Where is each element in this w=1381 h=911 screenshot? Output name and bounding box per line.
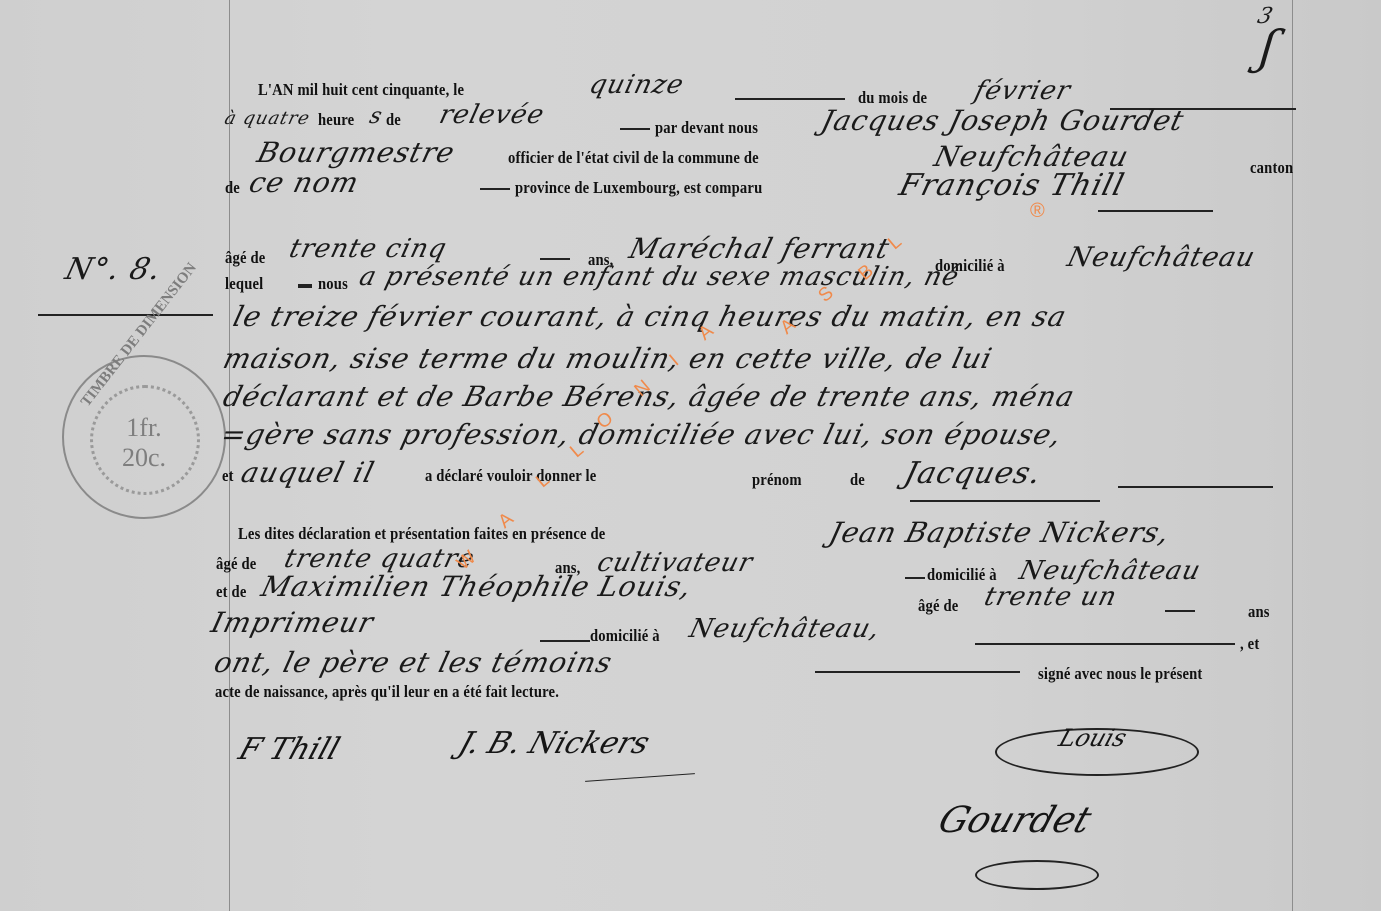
- blank-line: [1165, 610, 1195, 612]
- entry-underline: [38, 314, 213, 316]
- handwritten-witness2-domicile: Neufchâteau,: [686, 614, 883, 644]
- right-margin-rule: [1292, 0, 1293, 911]
- blank-line: [815, 671, 1020, 673]
- handwritten-declarant: François Thill: [896, 168, 1129, 203]
- civil-record-page: 3 ʃ N°. 8. 1fr. 20c. TIMBRE DE DIMENSION…: [0, 0, 1381, 911]
- blank-line: [975, 643, 1235, 645]
- signature-flourish-gourdet: [975, 860, 1099, 890]
- printed-text: domicilié à: [927, 565, 997, 585]
- printed-text: de: [225, 178, 240, 198]
- printed-text: acte de naissance, après qu'il leur en a…: [215, 682, 559, 702]
- handwritten-birth-place: maison, sise terme du moulin, en cette v…: [220, 342, 996, 375]
- handwritten-s: s: [367, 104, 386, 129]
- blank-line: [298, 284, 312, 288]
- printed-text: Les dites déclaration et présentation fa…: [238, 524, 605, 544]
- stamp-value-centimes: 20c.: [64, 443, 224, 473]
- blank-line: [905, 577, 925, 579]
- handwritten-age: trente cinq: [286, 234, 450, 264]
- handwritten-given-name: Jacques.: [901, 456, 1046, 491]
- handwritten-profession: Maréchal ferrant: [626, 232, 893, 265]
- printed-text: et: [222, 466, 234, 486]
- handwritten-birth-date: le treize février courant, à cinq heures…: [230, 300, 1070, 333]
- tax-stamp: 1fr. 20c.: [62, 355, 226, 519]
- handwritten-canton: ce nom: [246, 166, 363, 199]
- printed-text: âgé de: [918, 596, 958, 616]
- blank-line: [540, 640, 590, 642]
- printed-text: province de Luxembourg, est comparu: [515, 178, 762, 198]
- signature-gourdet: Gourdet: [933, 800, 1096, 841]
- blank-line: [1098, 210, 1213, 212]
- handwritten-witness2: Maximilien Théophile Louis,: [258, 570, 695, 603]
- printed-text: canton: [1250, 158, 1293, 178]
- printed-text: âgé de: [216, 554, 256, 574]
- handwritten-witness1: Jean Baptiste Nickers,: [826, 516, 1173, 549]
- printed-text: lequel: [225, 274, 263, 294]
- handwritten-title: Bourgmestre: [254, 136, 459, 169]
- handwritten-auquel: auquel il: [238, 456, 378, 489]
- handwritten-time-of-day: relevée: [436, 100, 547, 130]
- blank-line: [480, 188, 510, 190]
- printed-text: domicilié à: [590, 626, 660, 646]
- printed-text: nous: [318, 274, 348, 294]
- printed-text: signé avec nous le présent: [1038, 664, 1202, 684]
- signature-flourish: [585, 773, 695, 782]
- printed-text: de: [850, 470, 865, 490]
- printed-text: officier de l'état civil de la commune d…: [508, 148, 759, 168]
- entry-number: N°. 8.: [62, 252, 166, 287]
- blank-line: [1118, 486, 1273, 488]
- given-name-underline: [910, 500, 1100, 502]
- watermark-registered-mark: ®: [1030, 200, 1045, 223]
- printed-text: , et: [1240, 634, 1259, 654]
- margin-rule: [229, 0, 230, 911]
- printed-text: âgé de: [225, 248, 265, 268]
- handwritten-witness2-age: trente un: [981, 582, 1120, 612]
- printed-text: heure: [318, 110, 354, 130]
- handwritten-witness2-profession: Imprimeur: [208, 606, 378, 639]
- signature-thill: F Thill: [234, 732, 344, 767]
- blank-line: [540, 258, 570, 260]
- signature-nickers: J. B. Nickers: [454, 726, 654, 761]
- printed-text: ans: [1248, 602, 1270, 622]
- printed-text: et de: [216, 582, 247, 602]
- printed-text: L'AN mil huit cent cinquante, le: [258, 80, 464, 100]
- handwritten-month: février: [971, 76, 1074, 106]
- handwritten-officer-name: Jacques Joseph Gourdet: [818, 104, 1188, 137]
- handwritten-signers: ont, le père et les témoins: [211, 646, 616, 679]
- blank-line: [620, 128, 650, 130]
- stamp-value-franc: 1fr.: [64, 413, 224, 443]
- printed-text: prénom: [752, 470, 802, 490]
- handwritten-day: quinze: [586, 70, 687, 100]
- signature-louis: Louis: [1055, 724, 1130, 752]
- handwritten-domicile: Neufchâteau: [1064, 242, 1259, 273]
- handwritten-hour: à quatre: [222, 108, 312, 129]
- blank-line: [735, 98, 845, 100]
- printed-text: par devant nous: [655, 118, 758, 138]
- handwritten-mother-status: =gère sans profession, domiciliée avec l…: [218, 418, 1066, 451]
- printed-text: de: [386, 110, 401, 130]
- printed-text: a déclaré vouloir donner le: [425, 466, 596, 486]
